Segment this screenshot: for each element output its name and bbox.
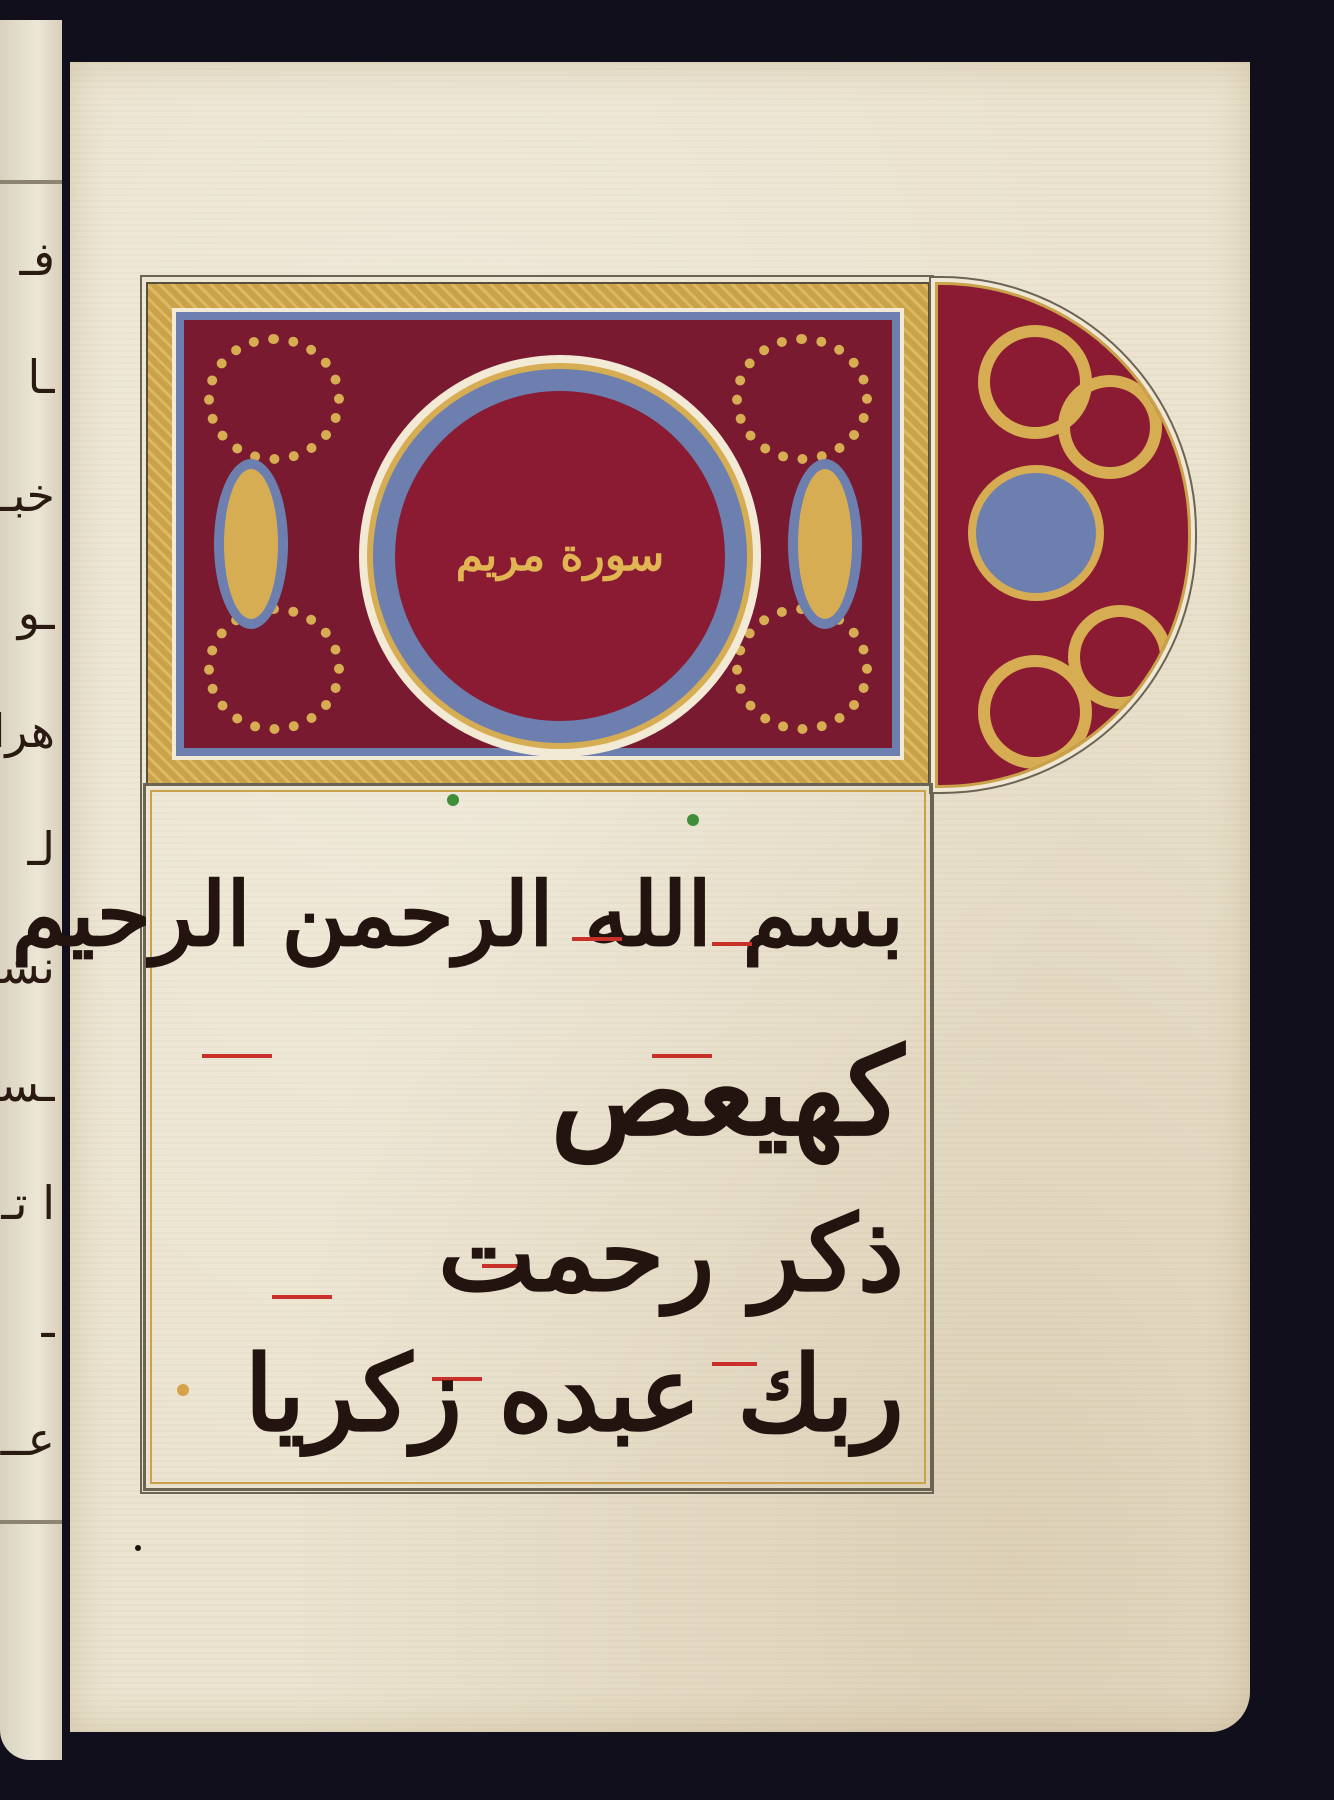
arabesque-ornament: [204, 334, 344, 464]
vowel-mark: [712, 942, 752, 946]
central-medallion: سورة مريم: [373, 369, 747, 743]
facing-leaf-rule: [0, 180, 62, 184]
vowel-mark: [202, 1054, 272, 1058]
arabesque-ornament: [732, 334, 872, 464]
text-block: بسم الله الرحمن الرحيم كهيعص ذكر رحمت رب…: [150, 790, 926, 1484]
gold-lozenge: [788, 459, 862, 629]
verse-line: كهيعص: [550, 1022, 904, 1163]
ink-speck: [135, 1545, 141, 1551]
arabesque-ornament: [732, 604, 872, 734]
vowel-mark: [272, 1295, 332, 1299]
surah-title: سورة مريم: [440, 525, 680, 587]
headpiece-panel: سورة مريم: [176, 312, 900, 756]
verse-marker: [177, 1384, 189, 1396]
vowel-mark: [687, 814, 699, 826]
gold-lozenge: [214, 459, 288, 629]
illuminated-headpiece: سورة مريم: [146, 282, 930, 786]
scroll-ornament: [1058, 375, 1162, 479]
vowel-mark: [447, 794, 459, 806]
verse-line: ربك عبده زكريا: [245, 1332, 905, 1455]
arabesque-ornament: [204, 604, 344, 734]
palmette-roundel: [968, 465, 1104, 601]
scroll-ornament: [978, 655, 1092, 769]
vowel-mark: [572, 937, 622, 941]
verse-line: ذكر رحمت: [438, 1192, 904, 1315]
facing-leaf-rule: [0, 1520, 62, 1524]
basmala-line: بسم الله الرحمن الرحيم: [12, 862, 904, 966]
facing-leaf-text: فـ ـا خبـ ـو هرا لـ نشـ ـسر ا تـ ـ عــ ا…: [0, 200, 55, 1500]
